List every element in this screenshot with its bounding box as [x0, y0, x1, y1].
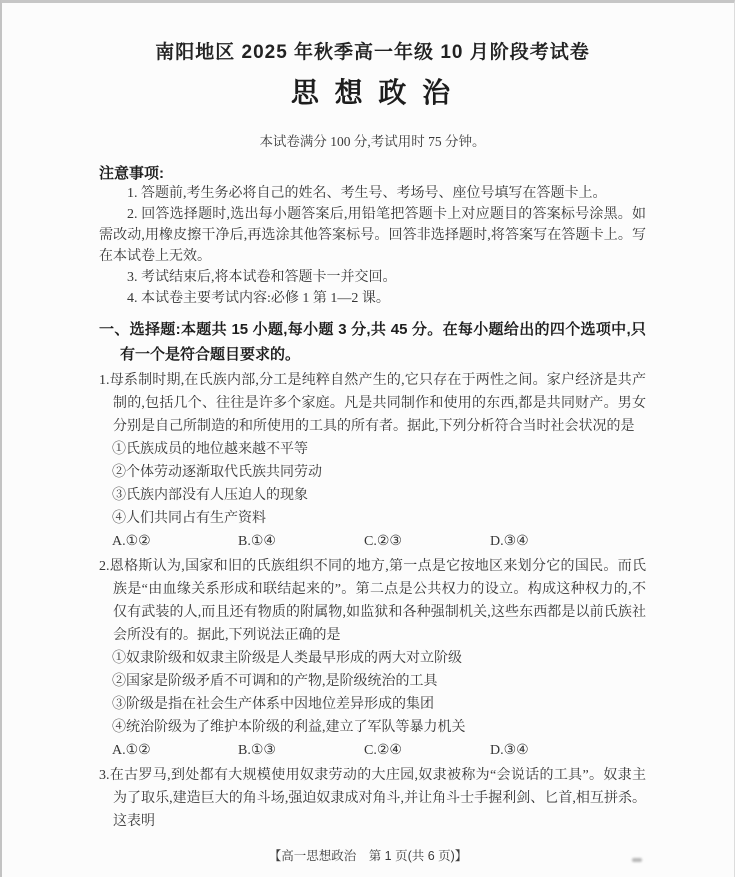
question-2-option-2: ②国家是阶级矛盾不可调和的产物,是阶级统治的工具 [99, 670, 646, 693]
question-1-choice-c: C.②③ [364, 530, 490, 553]
page-footer: 【高一思想政治 第 1 页(共 6 页)】 [2, 846, 734, 864]
question-2-choice-b: B.①③ [238, 739, 364, 762]
question-2-choice-d: D.③④ [490, 739, 616, 762]
question-1-option-2: ②个体劳动逐渐取代氏族共同劳动 [99, 461, 646, 484]
question-1-number: 1. [99, 373, 110, 388]
question-2-number: 2. [99, 559, 110, 574]
question-1-choice-b: B.①④ [238, 530, 364, 553]
question-2-stem: 2.恩格斯认为,国家和旧的氏族组织不同的地方,第一点是它按地区来划分它的国民。而… [99, 555, 646, 647]
question-1-option-4: ④人们共同占有生产资料 [99, 507, 646, 530]
notice-item-4: 4. 本试卷主要考试内容:必修 1 第 1—2 课。 [99, 288, 646, 309]
question-2-stem-text: 恩格斯认为,国家和旧的氏族组织不同的地方,第一点是它按地区来划分它的国民。而氏族… [110, 559, 647, 643]
question-3-stem-text: 在古罗马,到处都有大规模使用奴隶劳动的大庄园,奴隶被称为“会说话的工具”。奴隶主… [110, 768, 647, 829]
question-1-stem-text: 母系制时期,在氏族内部,分工是纯粹自然产生的,它只存在于两性之间。家户经济是共产… [110, 373, 647, 434]
question-1-option-3: ③氏族内部没有人压迫人的现象 [99, 484, 646, 507]
question-1-option-1: ①氏族成员的地位越来越不平等 [99, 438, 646, 461]
question-2: 2.恩格斯认为,国家和旧的氏族组织不同的地方,第一点是它按地区来划分它的国民。而… [99, 555, 646, 762]
question-2-option-3: ③阶级是指在社会生产体系中因地位差异形成的集团 [99, 693, 646, 716]
question-2-option-4: ④统治阶级为了维护本阶级的利益,建立了军队等暴力机关 [99, 716, 646, 739]
exam-paper-page: 南阳地区 2025 年秋季高一年级 10 月阶段考试卷 思 想 政 治 本试卷满… [0, 0, 735, 877]
notice-item-3: 3. 考试结束后,将本试卷和答题卡一并交回。 [99, 267, 646, 288]
notice-item-1: 1. 答题前,考生务必将自己的姓名、考生号、考场号、座位号填写在答题卡上。 [99, 183, 646, 204]
exam-title: 南阳地区 2025 年秋季高一年级 10 月阶段考试卷 [99, 37, 646, 64]
question-3: 3.在古罗马,到处都有大规模使用奴隶劳动的大庄园,奴隶被称为“会说话的工具”。奴… [99, 764, 646, 833]
page-content: 南阳地区 2025 年秋季高一年级 10 月阶段考试卷 思 想 政 治 本试卷满… [2, 37, 734, 833]
question-2-choices: A.①② B.①③ C.②④ D.③④ [99, 739, 646, 762]
scan-smudge-artifact [632, 858, 642, 862]
exam-info-line: 本试卷满分 100 分,考试用时 75 分钟。 [99, 130, 646, 150]
question-1-choice-d: D.③④ [490, 530, 616, 553]
question-3-stem: 3.在古罗马,到处都有大规模使用奴隶劳动的大庄园,奴隶被称为“会说话的工具”。奴… [99, 764, 646, 833]
question-1-stem: 1.母系制时期,在氏族内部,分工是纯粹自然产生的,它只存在于两性之间。家户经济是… [99, 369, 646, 438]
notice-item-2: 2. 回答选择题时,选出每小题答案后,用铅笔把答题卡上对应题目的答案标号涂黑。如… [99, 204, 646, 267]
notice-heading: 注意事项: [99, 162, 646, 183]
question-3-number: 3. [99, 768, 110, 783]
exam-subject-title: 思 想 政 治 [99, 71, 646, 111]
section-heading: 一、选择题:本题共 15 小题,每小题 3 分,共 45 分。在每小题给出的四个… [99, 317, 646, 367]
question-1-choices: A.①② B.①④ C.②③ D.③④ [99, 530, 646, 553]
question-1-choice-a: A.①② [112, 530, 238, 553]
question-1: 1.母系制时期,在氏族内部,分工是纯粹自然产生的,它只存在于两性之间。家户经济是… [99, 369, 646, 553]
question-2-choice-a: A.①② [112, 739, 238, 762]
question-2-option-1: ①奴隶阶级和奴隶主阶级是人类最早形成的两大对立阶级 [99, 647, 646, 670]
question-2-choice-c: C.②④ [364, 739, 490, 762]
